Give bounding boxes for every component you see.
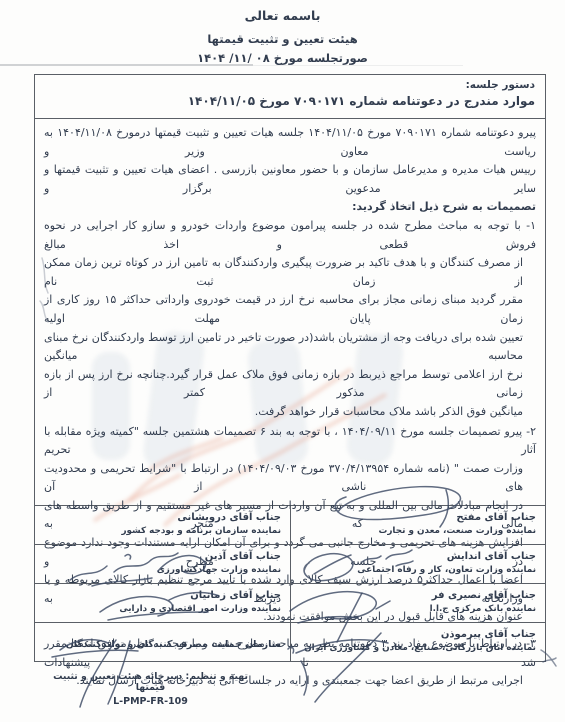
decision-item-1: ۱- با توجه به مباحث مطرح شده در جلسه پیر… xyxy=(44,217,536,422)
member-name: جناب آقای درویشانی xyxy=(39,510,281,525)
member-role: نماینده وزارت جهادکشاورزی xyxy=(39,564,281,577)
document-header: باسمه تعالی هیئت تعیین و تثبیت قیمتها صو… xyxy=(0,8,565,65)
member-name: جناب آقای زمانیان xyxy=(39,588,281,603)
table-row: جناب آقای اندایش نماینده وزارت تعاون، کا… xyxy=(35,544,545,583)
member-name: سازمان حمایت مصرف کنندگان و تولیدکنندگان xyxy=(39,637,281,652)
item1-line: نرخ ارز اعلامی توسط مراجع ذیربط در بازه … xyxy=(44,366,536,403)
document-frame: دستور جلسه: موارد مندرج در دعوتنامه شمار… xyxy=(34,74,546,662)
item2-line: وزارت صمت " (نامه شماره ۳۷۰/۴/۱۳۹۵۴ مورخ… xyxy=(44,460,536,497)
paragraph-intro: پیرو دعوتنامه شماره ۷۰۹۰۱۷۱ مورخ ۱۴۰۴/۱۱… xyxy=(44,124,536,217)
member-name: جناب آقای نصیری فر xyxy=(295,588,536,603)
member-role: نماینده وزارت امور اقتصادی و دارایی xyxy=(39,603,281,616)
table-row: جناب آقای پیرموذن نماینده اتاق بازرگانی،… xyxy=(35,622,545,661)
member-role: نماینده وزارت تعاون، کار و رفاه اجتماعی xyxy=(295,564,536,577)
signatory-cell-hemayat-org: سازمان حمایت مصرف کنندگان و تولیدکنندگان xyxy=(35,623,290,661)
signature-table: جناب آقای مفتح نماینده وزارت صنعت، معدن … xyxy=(35,506,545,661)
decisions-heading: تصمیمات به شرح ذیل اتخاذ گردید: xyxy=(44,198,536,217)
agenda-box: دستور جلسه: موارد مندرج در دعوتنامه شمار… xyxy=(35,75,545,119)
signatory-cell-andayesh: جناب آقای اندایش نماینده وزارت تعاون، کا… xyxy=(290,545,545,583)
member-role: نماینده بانک مرکزی ج.ا.ا xyxy=(295,603,536,616)
item1-line: میانگین فوق الذکر باشد ملاک محاسبات قرار… xyxy=(44,403,536,422)
minutes-body: پیرو دعوتنامه شماره ۷۰۹۰۱۷۱ مورخ ۱۴۰۴/۱۱… xyxy=(35,119,545,506)
item1-line: مقرر گردید مبنای زمانی مجاز برای محاسبه … xyxy=(44,291,536,328)
signatory-cell-azin: جناب آقای آذین نماینده وزارت جهادکشاورزی xyxy=(35,545,290,583)
item1-line: ۱- با توجه به مباحث مطرح شده در جلسه پیر… xyxy=(44,217,536,254)
member-role: نماینده سازمان برنامه و بودجه کشور xyxy=(39,525,281,538)
member-name: جناب آقای پیرموذن xyxy=(295,627,536,642)
signatory-cell-zamanian: جناب آقای زمانیان نماینده وزارت امور اقت… xyxy=(35,584,290,622)
member-name: جناب آقای اندایش xyxy=(295,549,536,564)
member-name: جناب آقای آذین xyxy=(39,549,281,564)
signatory-cell-darvishani: جناب آقای درویشانی نماینده سازمان برنامه… xyxy=(35,506,290,544)
document-footer: تهیه و تنظیم: دبیرخانه هیئت تعیین و تثبی… xyxy=(48,671,253,707)
intro-line: رییس هیات مدیره و مدیرعامل سازمان و با ح… xyxy=(44,161,536,198)
form-code: L-PMP-FR-109 xyxy=(48,696,253,707)
session-date-line: صورتجلسه مورخ ۰۸ /۱۱/ ۱۴۰۴ xyxy=(0,51,565,65)
intro-line: پیرو دعوتنامه شماره ۷۰۹۰۱۷۱ مورخ ۱۴۰۴/۱۱… xyxy=(44,124,536,161)
organization-title: هیئت تعیین و تثبیت قیمتها xyxy=(0,32,565,46)
member-role: نماینده اتاق بازرگانی، صنایع، معادن و کش… xyxy=(295,642,536,655)
scanned-minutes-document: باسمه تعالی هیئت تعیین و تثبیت قیمتها صو… xyxy=(0,0,565,722)
member-name: جناب آقای مفتح xyxy=(295,510,536,525)
item1-line: تعیین شده برای دریافت وجه از مشتریان باش… xyxy=(44,329,536,366)
agenda-subject: موارد مندرج در دعوتنامه شماره ۷۰۹۰۱۷۱ مو… xyxy=(45,94,535,108)
item1-line: از مصرف کنندگان و با هدف تاکید بر ضرورت … xyxy=(44,254,536,291)
agenda-label: دستور جلسه: xyxy=(45,79,535,91)
scan-artifact-line-faint xyxy=(253,65,463,66)
table-row: جناب آقای مفتح نماینده وزارت صنعت، معدن … xyxy=(35,506,545,544)
prepared-by-line: تهیه و تنظیم: دبیرخانه هیئت تعیین و تثبی… xyxy=(48,671,253,693)
signatory-cell-moftah: جناب آقای مفتح نماینده وزارت صنعت، معدن … xyxy=(290,506,545,544)
bismillah-line: باسمه تعالی xyxy=(0,8,565,23)
item2-line: ۲- پیرو تصمیمات جلسه مورخ ۱۴۰۴/۰۹/۱۱ ، ب… xyxy=(44,423,536,460)
signatory-cell-pirmoazen: جناب آقای پیرموذن نماینده اتاق بازرگانی،… xyxy=(290,623,545,661)
member-role: نماینده وزارت صنعت، معدن و تجارت xyxy=(295,525,536,538)
table-row: جناب آقای نصیری فر نماینده بانک مرکزی ج.… xyxy=(35,583,545,622)
signatory-cell-nasirifar: جناب آقای نصیری فر نماینده بانک مرکزی ج.… xyxy=(290,584,545,622)
